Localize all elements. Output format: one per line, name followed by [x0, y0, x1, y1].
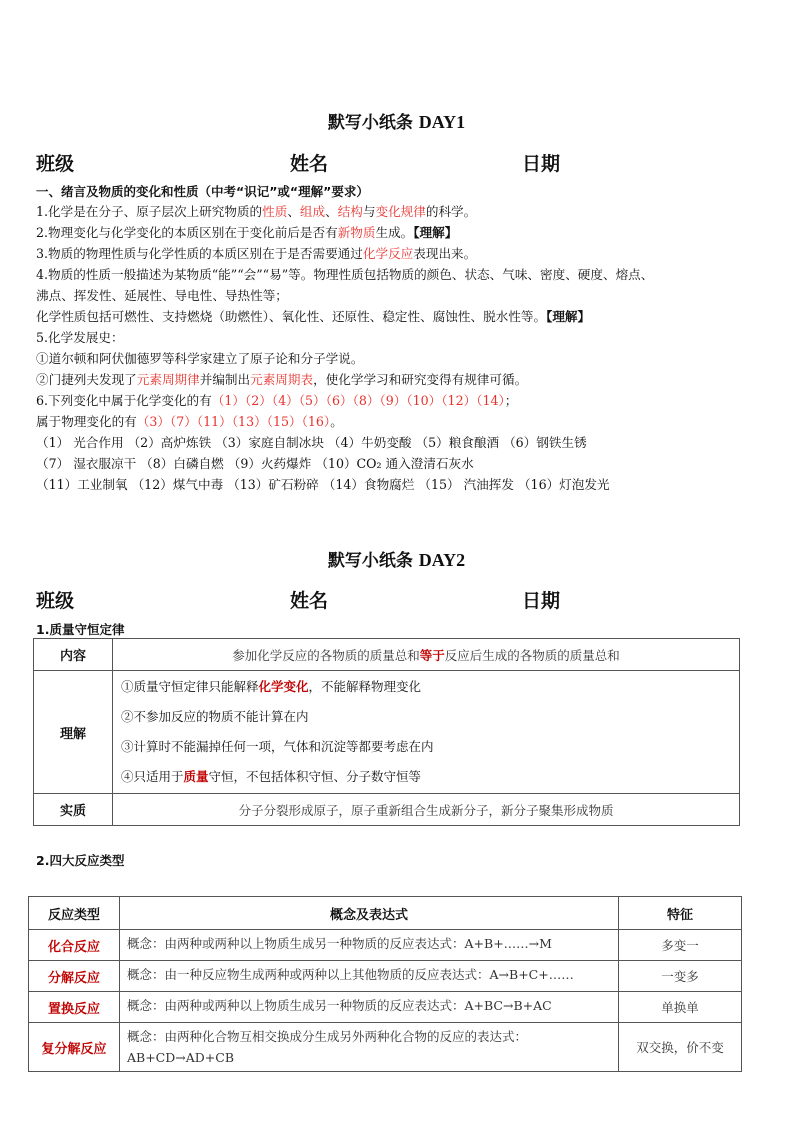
day2-title-en: DAY2: [419, 550, 465, 570]
emphasis: 等于: [420, 648, 445, 663]
highlight: 元素周期表: [250, 372, 313, 387]
table-row: 分解反应 概念：由一种反应物生成两种或两种以上其他物质的反应表达式：A→B+C+…: [29, 961, 742, 992]
text: ①质量守恒定律只能解释: [121, 679, 259, 694]
text: 化学性质包括可燃性、支持燃烧（助燃性）、氧化性、还原性、稳定性、腐蚀性、脱水性等…: [36, 309, 546, 324]
understand-item-1: ①质量守恒定律只能解释化学变化，不能解释物理变化: [114, 672, 738, 702]
reaction-feature: 单换单: [619, 992, 742, 1023]
understand-tag: 【理解】: [546, 309, 590, 324]
reaction-type: 置换反应: [29, 992, 120, 1023]
emphasis: 化学变化: [259, 679, 309, 694]
text: 2.物理变化与化学变化的本质区别在于变化前后是否有: [36, 225, 338, 240]
text: 、: [287, 204, 300, 219]
table-row-understand: 理解 ①质量守恒定律只能解释化学变化，不能解释物理变化 ②不参加反应的物质不能计…: [34, 671, 740, 794]
text: ，使化学学习和研究变得有规律可循。: [313, 372, 527, 387]
day1-title-en: DAY1: [419, 112, 465, 132]
row-label: 理解: [34, 671, 113, 794]
text: ；: [505, 393, 518, 408]
day1-line-13: （7） 湿衣服凉干 （8）白磷自燃 （9）火药爆炸 （10）CO₂ 通入澄清石灰…: [36, 453, 474, 474]
day2-section2-heading: 2.四大反应类型: [36, 851, 124, 869]
answer-chemical: （1）（2）（4）（5）（6）（8）（9）（10）（12）（14）: [212, 393, 505, 408]
understand-cell: ①质量守恒定律只能解释化学变化，不能解释物理变化 ②不参加反应的物质不能计算在内…: [113, 671, 740, 794]
reaction-types-table: 反应类型 概念及表达式 特征 化合反应 概念：由两种或两种以上物质生成另一种物质…: [28, 896, 742, 1072]
day1-line-8: ①道尔顿和阿伏伽德罗等科学家建立了原子论和分子学说。: [36, 348, 363, 369]
text: 1.化学是在分子、原子层次上研究物质的: [36, 204, 262, 219]
reaction-concept: 概念：由两种或两种以上物质生成另一种物质的反应表达式：A+B+……→M: [120, 930, 619, 961]
understand-item-2: ②不参加反应的物质不能计算在内: [114, 702, 738, 732]
text: ，不能解释物理变化: [309, 679, 422, 694]
table-header-row: 反应类型 概念及表达式 特征: [29, 897, 742, 930]
highlight: 性质: [262, 204, 287, 219]
header-concept: 概念及表达式: [120, 897, 619, 930]
day1-line-9: ②门捷列夫发现了元素周期律并编制出元素周期表，使化学学习和研究变得有规律可循。: [36, 369, 527, 390]
text: 反应后生成的各物质的质量总和: [445, 648, 620, 663]
day2-section1-heading: 1.质量守恒定律: [36, 620, 124, 638]
day1-line-5: 沸点、挥发性、延展性、导电性、导热性等；: [36, 285, 288, 306]
reaction-concept: 概念：由两种或两种以上物质生成另一种物质的反应表达式：A+BC→B+AC: [120, 992, 619, 1023]
concept-line-1: 概念：由两种化合物互相交换成分生成另外两种化合物的反应的表达式：: [127, 1026, 611, 1047]
understand-item-4: ④只适用于质量守恒，不包括体积守恒、分子数守恒等: [114, 762, 738, 792]
reaction-feature: 双交换，价不变: [619, 1023, 742, 1072]
reaction-concept: 概念：由两种化合物互相交换成分生成另外两种化合物的反应的表达式： AB+CD→A…: [120, 1023, 619, 1072]
text: 与: [363, 204, 376, 219]
content-cell: 参加化学反应的各物质的质量总和等于反应后生成的各物质的质量总和: [113, 639, 740, 671]
reaction-feature: 一变多: [619, 961, 742, 992]
day1-class-label: 班级: [36, 149, 74, 176]
text: 守恒，不包括体积守恒、分子数守恒等: [209, 769, 422, 784]
day1-title: 默写小纸条 DAY1: [0, 108, 793, 133]
text: 的科学。: [426, 204, 476, 219]
day1-line-4: 4.物质的性质一般描述为某物质“能”“会”“易”等。物理性质包括物质的颜色、状态…: [36, 264, 653, 285]
reaction-concept: 概念：由一种反应物生成两种或两种以上其他物质的反应表达式：A→B+C+……: [120, 961, 619, 992]
row-label: 内容: [34, 639, 113, 671]
day2-date-label: 日期: [522, 586, 560, 613]
text: 并编制出: [200, 372, 250, 387]
day1-title-cn: 默写小纸条: [328, 113, 413, 133]
text: 参加化学反应的各物质的质量总和: [232, 648, 420, 663]
highlight: 结构: [338, 204, 363, 219]
highlight: 变化规律: [375, 204, 425, 219]
highlight: 化学反应: [363, 246, 413, 261]
highlight: 组成: [300, 204, 325, 219]
essence-cell: 分子分裂形成原子，原子重新组合生成新分子，新分子聚集形成物质: [113, 794, 740, 826]
day1-line-10: 6.下列变化中属于化学变化的有（1）（2）（4）（5）（6）（8）（9）（10）…: [36, 390, 517, 411]
text: 3.物质的物理性质与化学性质的本质区别在于是否需要通过: [36, 246, 363, 261]
text: ④只适用于: [121, 769, 184, 784]
text: 表现出来。: [413, 246, 476, 261]
text: ②门捷列夫发现了: [36, 372, 137, 387]
reaction-feature: 多变一: [619, 930, 742, 961]
day1-line-14: （11）工业制氧 （12）煤气中毒 （13）矿石粉碎 （14）食物腐烂 （15）…: [36, 474, 610, 495]
day1-line-1: 1.化学是在分子、原子层次上研究物质的性质、组成、结构与变化规律的科学。: [36, 201, 476, 222]
day2-name-label: 姓名: [290, 586, 328, 613]
header-type: 反应类型: [29, 897, 120, 930]
row-label: 实质: [34, 794, 113, 826]
concept-line-2: AB+CD→AD+CB: [127, 1047, 611, 1068]
reaction-type: 复分解反应: [29, 1023, 120, 1072]
text: 属于物理变化的有: [36, 414, 137, 429]
text: 生成。: [375, 225, 413, 240]
day1-line-11: 属于物理变化的有（3）（7）（11）（13）（15）（16）。: [36, 411, 343, 432]
day1-line-6: 化学性质包括可燃性、支持燃烧（助燃性）、氧化性、还原性、稳定性、腐蚀性、脱水性等…: [36, 306, 590, 327]
day1-line-2: 2.物理变化与化学变化的本质区别在于变化前后是否有新物质生成。【理解】: [36, 222, 457, 243]
day1-line-7: 5.化学发展史：: [36, 327, 124, 348]
text: 。: [330, 414, 343, 429]
header-feature: 特征: [619, 897, 742, 930]
text: 、: [325, 204, 338, 219]
emphasis: 质量: [184, 769, 209, 784]
mass-conservation-table: 内容 参加化学反应的各物质的质量总和等于反应后生成的各物质的质量总和 理解 ①质…: [33, 638, 740, 826]
day2-class-label: 班级: [36, 586, 74, 613]
understand-tag: 【理解】: [413, 225, 457, 240]
highlight: 新物质: [338, 225, 376, 240]
table-row-essence: 实质 分子分裂形成原子，原子重新组合生成新分子，新分子聚集形成物质: [34, 794, 740, 826]
day2-title-cn: 默写小纸条: [328, 551, 413, 571]
day1-date-label: 日期: [522, 149, 560, 176]
answer-physical: （3）（7）（11）（13）（15）（16）: [137, 414, 330, 429]
reaction-type: 分解反应: [29, 961, 120, 992]
understand-item-3: ③计算时不能漏掉任何一项，气体和沉淀等都要考虑在内: [114, 732, 738, 762]
text: 6.下列变化中属于化学变化的有: [36, 393, 212, 408]
table-row: 复分解反应 概念：由两种化合物互相交换成分生成另外两种化合物的反应的表达式： A…: [29, 1023, 742, 1072]
day1-section-heading: 一、绪言及物质的变化和性质（中考“识记”或“理解”要求）: [36, 182, 369, 200]
table-row: 化合反应 概念：由两种或两种以上物质生成另一种物质的反应表达式：A+B+……→M…: [29, 930, 742, 961]
reaction-type: 化合反应: [29, 930, 120, 961]
day1-name-label: 姓名: [290, 149, 328, 176]
day1-line-3: 3.物质的物理性质与化学性质的本质区别在于是否需要通过化学反应表现出来。: [36, 243, 476, 264]
day1-line-12: （1） 光合作用 （2）高炉炼铁 （3）家庭自制冰块 （4）牛奶变酸 （5）粮食…: [36, 432, 587, 453]
day2-title: 默写小纸条 DAY2: [0, 546, 793, 571]
table-row: 置换反应 概念：由两种或两种以上物质生成另一种物质的反应表达式：A+BC→B+A…: [29, 992, 742, 1023]
table-row-content: 内容 参加化学反应的各物质的质量总和等于反应后生成的各物质的质量总和: [34, 639, 740, 671]
highlight: 元素周期律: [137, 372, 200, 387]
